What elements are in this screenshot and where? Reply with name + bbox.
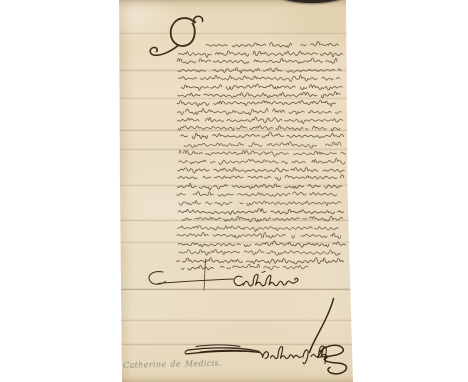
paper-crease [0, 241, 468, 245]
paper-crease [0, 148, 468, 152]
paper-crease [0, 129, 468, 133]
paper-crease [0, 32, 468, 36]
manuscript-photo: Catherine de Medicis. [0, 0, 468, 382]
paper-crease [0, 97, 468, 101]
manuscript-paper [0, 0, 468, 382]
paper-crease [0, 219, 468, 223]
paper-crease [0, 288, 468, 292]
paper-crease [0, 343, 468, 347]
paper-crease [0, 184, 468, 188]
paper-crease [0, 69, 468, 73]
paper-crease [0, 319, 468, 323]
